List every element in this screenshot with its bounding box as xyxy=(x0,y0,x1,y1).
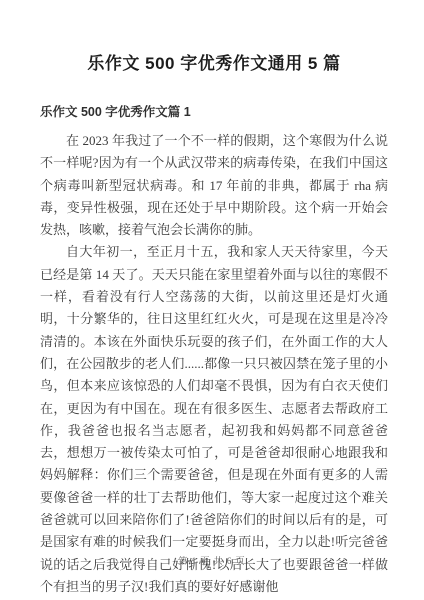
page-footer: 第 1 页 共 6 页 xyxy=(0,554,424,567)
page-title: 乐作文 500 字优秀作文通用 5 篇 xyxy=(40,52,388,76)
document-page: 乐作文 500 字优秀作文通用 5 篇 乐作文 500 字优秀作文篇 1 在 2… xyxy=(0,0,424,600)
essay-paragraph-2: 自大年初一，至正月十五，我和家人天天待家里，今天已经是第 14 天了。天天只能在… xyxy=(40,241,388,598)
essay-paragraph-1: 在 2023 年我过了一个不一样的假期，这个寒假为什么说不一样呢?因为有一个从武… xyxy=(40,130,388,241)
section-heading: 乐作文 500 字优秀作文篇 1 xyxy=(40,103,388,121)
